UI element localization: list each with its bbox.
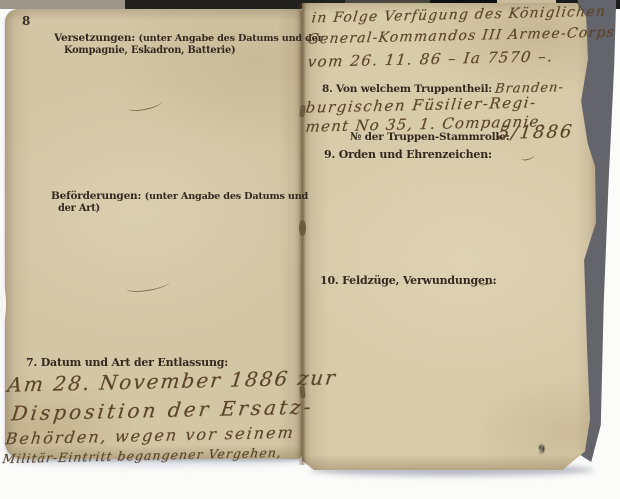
versetzungen-heading: Versetzungen: (unter Angabe des Datums u… <box>54 32 322 44</box>
befoerderungen-note-line2: der Art) <box>58 203 100 214</box>
orden-label: 9. Orden und Ehrenzeichen: <box>324 148 492 161</box>
truppentheil-label: 8. Von welchem Truppentheil: <box>322 83 492 95</box>
left-page-number: 8 <box>22 14 30 28</box>
right-page-number: 9 <box>539 443 545 456</box>
page-edge-gap <box>0 286 6 322</box>
entlassung-label: 7. Datum und Art der Entlassung: <box>26 356 228 369</box>
befoerderungen-note-line1: (unter Angabe des Datums und <box>145 191 308 202</box>
versetzungen-note-line2: Kompagnie, Eskadron, Batterie) <box>64 45 235 56</box>
versetzungen-label: Versetzungen: <box>54 32 135 44</box>
feldzuege-label: 10. Feldzüge, Verwundungen: <box>320 274 496 287</box>
versetzungen-note-line1: (unter Angabe des Datums und der <box>138 33 322 44</box>
binding-stitch-knot <box>299 220 306 236</box>
stammrolle-handwriting: 5/1886 <box>497 121 575 144</box>
right-page <box>302 3 598 470</box>
befoerderungen-heading: Beförderungen: (unter Angabe des Datums … <box>51 190 308 202</box>
stammrolle-label: № der Truppen-Stammrolle: <box>350 131 509 143</box>
document-scan: 8 Versetzungen: (unter Angabe des Datums… <box>0 0 620 499</box>
befoerderungen-label: Beförderungen: <box>51 190 141 202</box>
